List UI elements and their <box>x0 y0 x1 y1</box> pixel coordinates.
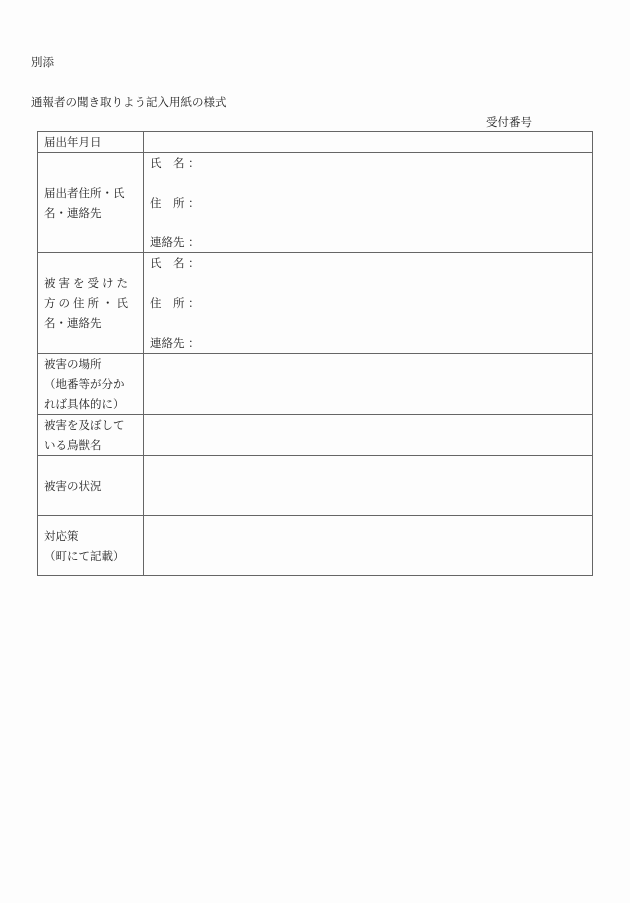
label-line: 名・連絡先 <box>44 313 137 333</box>
reporter-address-field[interactable]: 住 所 ： <box>150 193 586 213</box>
countermeasure-field[interactable] <box>144 516 593 576</box>
row-label: 届出者住所・氏 名・連絡先 <box>38 153 144 253</box>
report-form-table: 届出年月日 届出者住所・氏 名・連絡先 氏 名 ： 住 所 ： 連絡先 ： 被害… <box>37 131 593 576</box>
label-line: いる鳥獣名 <box>44 435 137 455</box>
row-label: 届出年月日 <box>38 132 144 153</box>
victim-name-field[interactable]: 氏 名 ： <box>150 253 586 273</box>
label-line: 名・連絡先 <box>44 203 137 223</box>
label-line: 届出者住所・氏 <box>44 183 137 203</box>
reporter-fields: 氏 名 ： 住 所 ： 連絡先 ： <box>144 153 593 253</box>
label-line: 被害の場所 <box>44 354 137 374</box>
label-line: れば具体的に） <box>44 394 137 414</box>
table-row-report-date: 届出年月日 <box>38 132 593 153</box>
row-label: 被害を及ぼして いる鳥獣名 <box>38 415 144 456</box>
victim-address-field[interactable]: 住 所 ： <box>150 293 586 313</box>
table-row-victim: 被害を受けた 方の住所・氏 名・連絡先 氏 名 ： 住 所 ： 連絡先 ： <box>38 253 593 354</box>
reporter-name-field[interactable]: 氏 名 ： <box>150 153 586 173</box>
label-line: 被害を及ぼして <box>44 415 137 435</box>
annex-label: 別添 <box>31 54 54 70</box>
victim-fields: 氏 名 ： 住 所 ： 連絡先 ： <box>144 253 593 354</box>
row-label: 被害の場所 （地番等が分か れば具体的に） <box>38 354 144 415</box>
label-line: 対応策 <box>44 526 137 546</box>
table-row-reporter: 届出者住所・氏 名・連絡先 氏 名 ： 住 所 ： 連絡先 ： <box>38 153 593 253</box>
row-label: 被害の状況 <box>38 456 144 516</box>
table-row-countermeasure: 対応策 （町にて記載） <box>38 516 593 576</box>
victim-contact-field[interactable]: 連絡先 ： <box>150 333 586 353</box>
label-line: （町にて記載） <box>44 546 137 566</box>
damage-status-field[interactable] <box>144 456 593 516</box>
damage-location-field[interactable] <box>144 354 593 415</box>
form-title: 通報者の聞き取りよう記入用紙の様式 <box>31 94 227 110</box>
report-date-field[interactable] <box>144 132 593 153</box>
reporter-contact-field[interactable]: 連絡先 ： <box>150 232 586 252</box>
receipt-number-label: 受付番号 <box>486 114 532 130</box>
row-label: 対応策 （町にて記載） <box>38 516 144 576</box>
label-line: （地番等が分か <box>44 374 137 394</box>
table-row-damage-status: 被害の状況 <box>38 456 593 516</box>
table-row-animal-name: 被害を及ぼして いる鳥獣名 <box>38 415 593 456</box>
table-row-damage-location: 被害の場所 （地番等が分か れば具体的に） <box>38 354 593 415</box>
label-line: 被害を受けた <box>44 273 137 293</box>
label-line: 方の住所・氏 <box>44 293 137 313</box>
animal-name-field[interactable] <box>144 415 593 456</box>
row-label: 被害を受けた 方の住所・氏 名・連絡先 <box>38 253 144 354</box>
